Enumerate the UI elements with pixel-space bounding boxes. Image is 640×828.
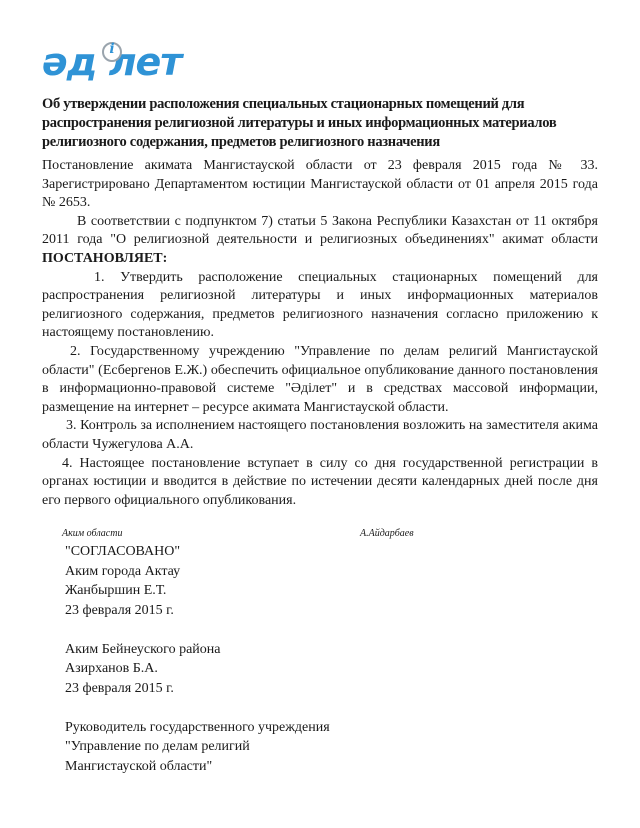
approvals-section: "СОГЛАСОВАНО" Аким города Актау Жанбырши… [65, 542, 565, 796]
approval-line: 23 февраля 2015 г. [65, 601, 565, 621]
signature-position: Аким области [62, 528, 122, 540]
intro-paragraph: Постановление акимата Мангистауской обла… [42, 157, 598, 213]
preamble-paragraph: В соответствии с подпунктом 7) статьи 5 … [42, 213, 598, 269]
approval-line: Мангистауской области" [65, 757, 565, 777]
item-4: 4. Настоящее постановление вступает в си… [42, 455, 598, 511]
approval-line: Аким города Актау [65, 562, 565, 582]
item-2: 2. Государственному учреждению "Управлен… [42, 343, 598, 417]
approval-line: Жанбыршин Е.Т. [65, 581, 565, 601]
approval-line: 23 февраля 2015 г. [65, 679, 565, 699]
adilet-logo: әд лет i [42, 40, 182, 84]
approval-block: "СОГЛАСОВАНО" Аким города Актау Жанбырши… [65, 542, 565, 620]
logo-i-glyph: i [104, 41, 120, 57]
approval-line: Азирханов Б.А. [65, 659, 565, 679]
decree-word: ПОСТАНОВЛЯЕТ: [42, 251, 167, 266]
signature-name: А.Айдарбаев [360, 528, 414, 540]
item-1: 1. Утвердить расположение специальных ст… [42, 269, 598, 343]
document-title: Об утверждении расположения специальных … [42, 95, 602, 152]
approval-block: Руководитель государственного учреждения… [65, 718, 565, 777]
approval-line: Руководитель государственного учреждения [65, 718, 565, 738]
preamble-text: В соответствии с подпунктом 7) статьи 5 … [42, 214, 598, 248]
approval-line: Аким Бейнеуского района [65, 640, 565, 660]
approval-line: "СОГЛАСОВАНО" [65, 542, 565, 562]
approval-line: "Управление по делам религий [65, 737, 565, 757]
document-body: Постановление акимата Мангистауской обла… [42, 157, 598, 510]
approval-block: Аким Бейнеуского района Азирханов Б.А. 2… [65, 640, 565, 699]
magnifier-icon: i [102, 42, 122, 62]
item-3: 3. Контроль за исполнением настоящего по… [42, 417, 598, 454]
